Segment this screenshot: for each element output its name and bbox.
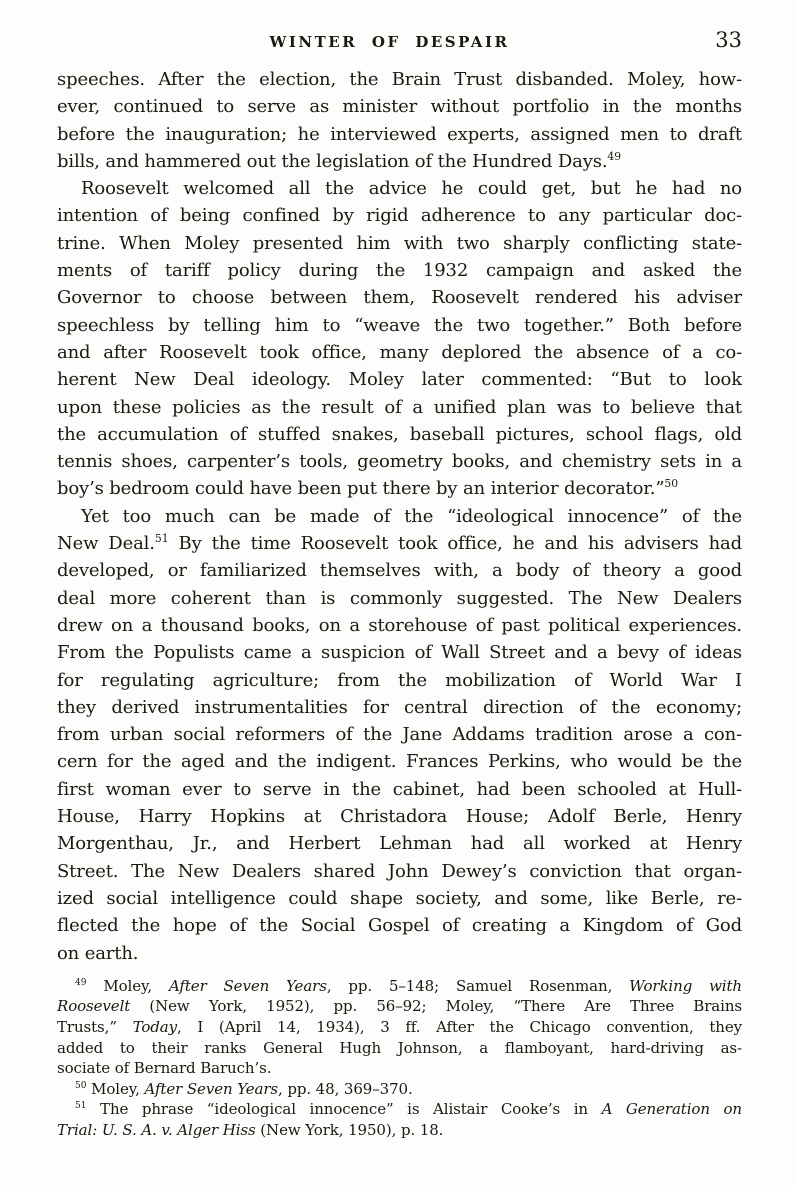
footnote-ref: 51 <box>155 532 169 545</box>
text-line: cern for the aged and the indigent. Fran… <box>57 748 742 775</box>
text-line: New Deal.51 By the time Roosevelt took o… <box>57 530 742 557</box>
text-segment: (New York, 1950), p. 18. <box>256 1121 444 1139</box>
text-line: ever, continued to serve as minister wit… <box>57 93 742 120</box>
text-segment: boy’s bedroom could have been put there … <box>57 478 664 499</box>
footnote-ref: 50 <box>75 1081 86 1091</box>
footnote-ref: 49 <box>75 978 86 988</box>
footnotes: 49 Moley, After Seven Years, pp. 5–148; … <box>57 976 742 1141</box>
text-segment: The phrase “ideological innocence” is Al… <box>86 1100 601 1118</box>
text-line: Morgenthau, Jr., and Herbert Lehman had … <box>57 830 742 857</box>
text-block: speeches. After the election, the Brain … <box>57 66 742 1141</box>
text-line: Governor to choose between them, Rooseve… <box>57 284 742 311</box>
italic-text: Working with <box>629 977 742 995</box>
text-segment: Moley, <box>86 977 168 995</box>
text-line: deal more coherent than is commonly sugg… <box>57 585 742 612</box>
footnote-line: sociate of Bernard Baruch’s. <box>57 1058 742 1079</box>
text-line: tennis shoes, carpenter’s tools, geometr… <box>57 448 742 475</box>
text-line: intention of being confined by rigid adh… <box>57 202 742 229</box>
text-line: flected the hope of the Social Gospel of… <box>57 912 742 939</box>
text-line: from urban social reformers of the Jane … <box>57 721 742 748</box>
footnote: 49 Moley, After Seven Years, pp. 5–148; … <box>57 976 742 1079</box>
text-line: Roosevelt welcomed all the advice he cou… <box>57 175 742 202</box>
text-segment: (New York, 1952), pp. 56–92; Moley, “The… <box>130 997 742 1015</box>
text-line: ments of tariff policy during the 1932 c… <box>57 257 742 284</box>
footnote-ref: 49 <box>607 150 621 163</box>
italic-text: A Generation on <box>602 1100 742 1118</box>
text-line: herent New Deal ideology. Moley later co… <box>57 366 742 393</box>
text-line: ized social intelligence could shape soc… <box>57 885 742 912</box>
page-header: WINTER OF DESPAIR 33 <box>57 30 742 56</box>
text-line: upon these policies as the result of a u… <box>57 394 742 421</box>
book-page: WINTER OF DESPAIR 33 speeches. After the… <box>0 0 795 1186</box>
text-line: the accumulation of stuffed snakes, base… <box>57 421 742 448</box>
paragraph: Roosevelt welcomed all the advice he cou… <box>57 175 742 503</box>
text-line: they derived instrumentalities for centr… <box>57 694 742 721</box>
text-line: speeches. After the election, the Brain … <box>57 66 742 93</box>
footnote: 50 Moley, After Seven Years, pp. 48, 369… <box>57 1079 742 1100</box>
page-number: 33 <box>715 28 742 52</box>
italic-text: Trial: U. S. A. v. Alger Hiss <box>57 1121 256 1139</box>
text-line: drew on a thousand books, on a storehous… <box>57 612 742 639</box>
running-title: WINTER OF DESPAIR <box>57 33 722 51</box>
footnote-line: Roosevelt (New York, 1952), pp. 56–92; M… <box>57 996 742 1017</box>
footnote-line: added to their ranks General Hugh Johnso… <box>57 1038 742 1059</box>
text-line: From the Populists came a suspicion of W… <box>57 639 742 666</box>
text-segment: By the time Roosevelt took office, he an… <box>169 533 742 554</box>
text-line: first woman ever to serve in the cabinet… <box>57 776 742 803</box>
text-segment: , pp. 5–148; Samuel Rosenman, <box>327 977 629 995</box>
text-segment: New Deal. <box>57 533 155 554</box>
footnote-line: Trial: U. S. A. v. Alger Hiss (New York,… <box>57 1120 742 1141</box>
text-line: speechless by telling him to “weave the … <box>57 312 742 339</box>
footnote: 51 The phrase “ideological innocence” is… <box>57 1099 742 1140</box>
italic-text: After Seven Years <box>169 977 327 995</box>
text-line: boy’s bedroom could have been put there … <box>57 475 742 502</box>
text-line: trine. When Moley presented him with two… <box>57 230 742 257</box>
text-line: and after Roosevelt took office, many de… <box>57 339 742 366</box>
footnote-line: 51 The phrase “ideological innocence” is… <box>57 1099 742 1120</box>
text-segment: , I (April 14, 1934), 3 ff. After the Ch… <box>177 1018 742 1036</box>
text-line: Yet too much can be made of the “ideolog… <box>57 503 742 530</box>
body-paragraphs: speeches. After the election, the Brain … <box>57 66 742 967</box>
footnote-ref: 51 <box>75 1101 86 1111</box>
footnote-line: 49 Moley, After Seven Years, pp. 5–148; … <box>57 976 742 997</box>
text-line: before the inauguration; he interviewed … <box>57 121 742 148</box>
text-segment: bills, and hammered out the legislation … <box>57 151 607 172</box>
text-line: for regulating agriculture; from the mob… <box>57 667 742 694</box>
text-line: on earth. <box>57 940 742 967</box>
footnote-line: Trusts,” Today, I (April 14, 1934), 3 ff… <box>57 1017 742 1038</box>
paragraph: speeches. After the election, the Brain … <box>57 66 742 175</box>
text-line: House, Harry Hopkins at Christadora Hous… <box>57 803 742 830</box>
text-line: developed, or familiarized themselves wi… <box>57 557 742 584</box>
text-line: bills, and hammered out the legislation … <box>57 148 742 175</box>
text-segment: Trusts,” <box>57 1018 133 1036</box>
italic-text: Today <box>133 1018 177 1036</box>
text-line: Street. The New Dealers shared John Dewe… <box>57 858 742 885</box>
footnote-ref: 50 <box>664 477 678 490</box>
italic-text: After Seven Years <box>145 1080 278 1098</box>
paragraph: Yet too much can be made of the “ideolog… <box>57 503 742 967</box>
italic-text: Roosevelt <box>57 997 130 1015</box>
footnote-line: 50 Moley, After Seven Years, pp. 48, 369… <box>57 1079 742 1100</box>
text-segment: , pp. 48, 369–370. <box>278 1080 413 1098</box>
text-segment: Moley, <box>86 1080 144 1098</box>
